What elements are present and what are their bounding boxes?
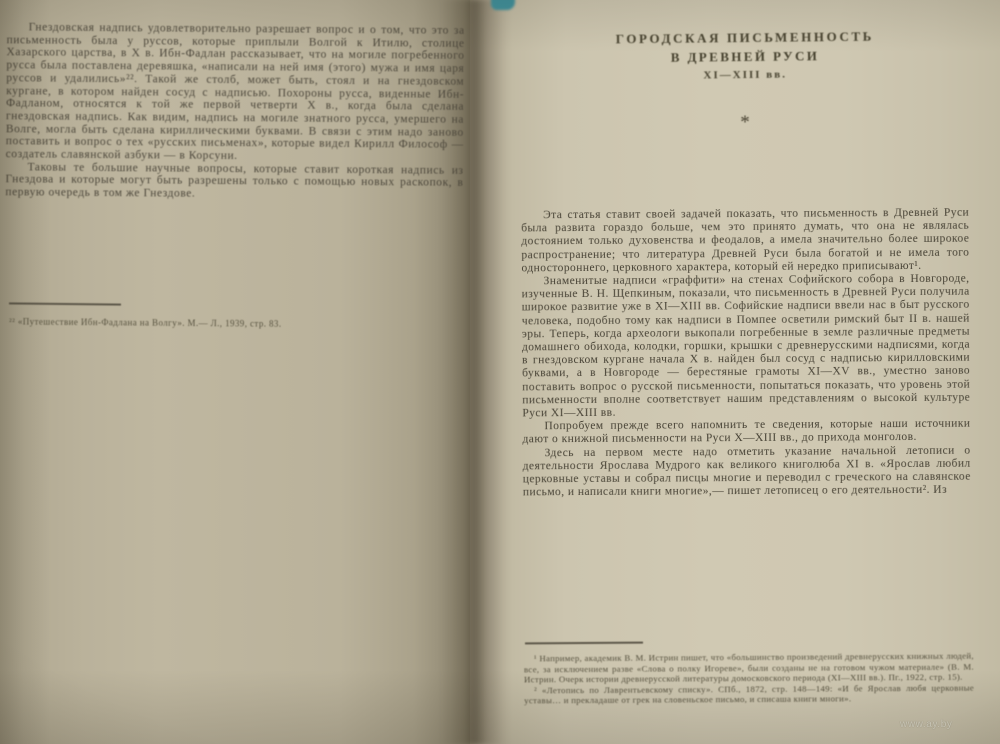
title-line: В ДРЕВНЕЙ РУСИ — [540, 47, 950, 67]
page-title: ГОРОДСКАЯ ПИСЬМЕННОСТЬ В ДРЕВНЕЙ РУСИ XI… — [540, 28, 951, 83]
background-edge — [491, 0, 515, 10]
section-divider-star: * — [540, 112, 950, 134]
body-paragraph: Эта статья ставит своей задачей показать… — [521, 207, 969, 276]
body-paragraph: Здесь на первом месте надо отметить указ… — [523, 444, 971, 500]
body-paragraph: Таковы те большие научные вопросы, котор… — [5, 161, 463, 203]
watermark: www.ay.by — [900, 719, 952, 730]
title-line: ГОРОДСКАЯ ПИСЬМЕННОСТЬ — [540, 28, 950, 48]
right-page-body: Эта статья ставит своей задачей показать… — [521, 207, 971, 500]
left-page-body: Гнездовская надпись удовлетворительно ра… — [5, 21, 464, 202]
body-paragraph: Попробуем прежде всего напомнить те свед… — [522, 418, 970, 447]
footnotes-block: ¹ Например, академик В. М. Истрин пишет,… — [524, 651, 974, 707]
footnote: ¹ Например, академик В. М. Истрин пишет,… — [524, 651, 974, 686]
book-photo: Гнездовская надпись удовлетворительно ра… — [0, 0, 1000, 744]
body-paragraph: Знаменитые надписи «граффити» на стенах … — [522, 273, 971, 421]
body-paragraph: Гнездовская надпись удовлетворительно ра… — [6, 21, 465, 164]
footnote: ² «Летопись по Лаврентьевскому списку». … — [524, 682, 974, 706]
